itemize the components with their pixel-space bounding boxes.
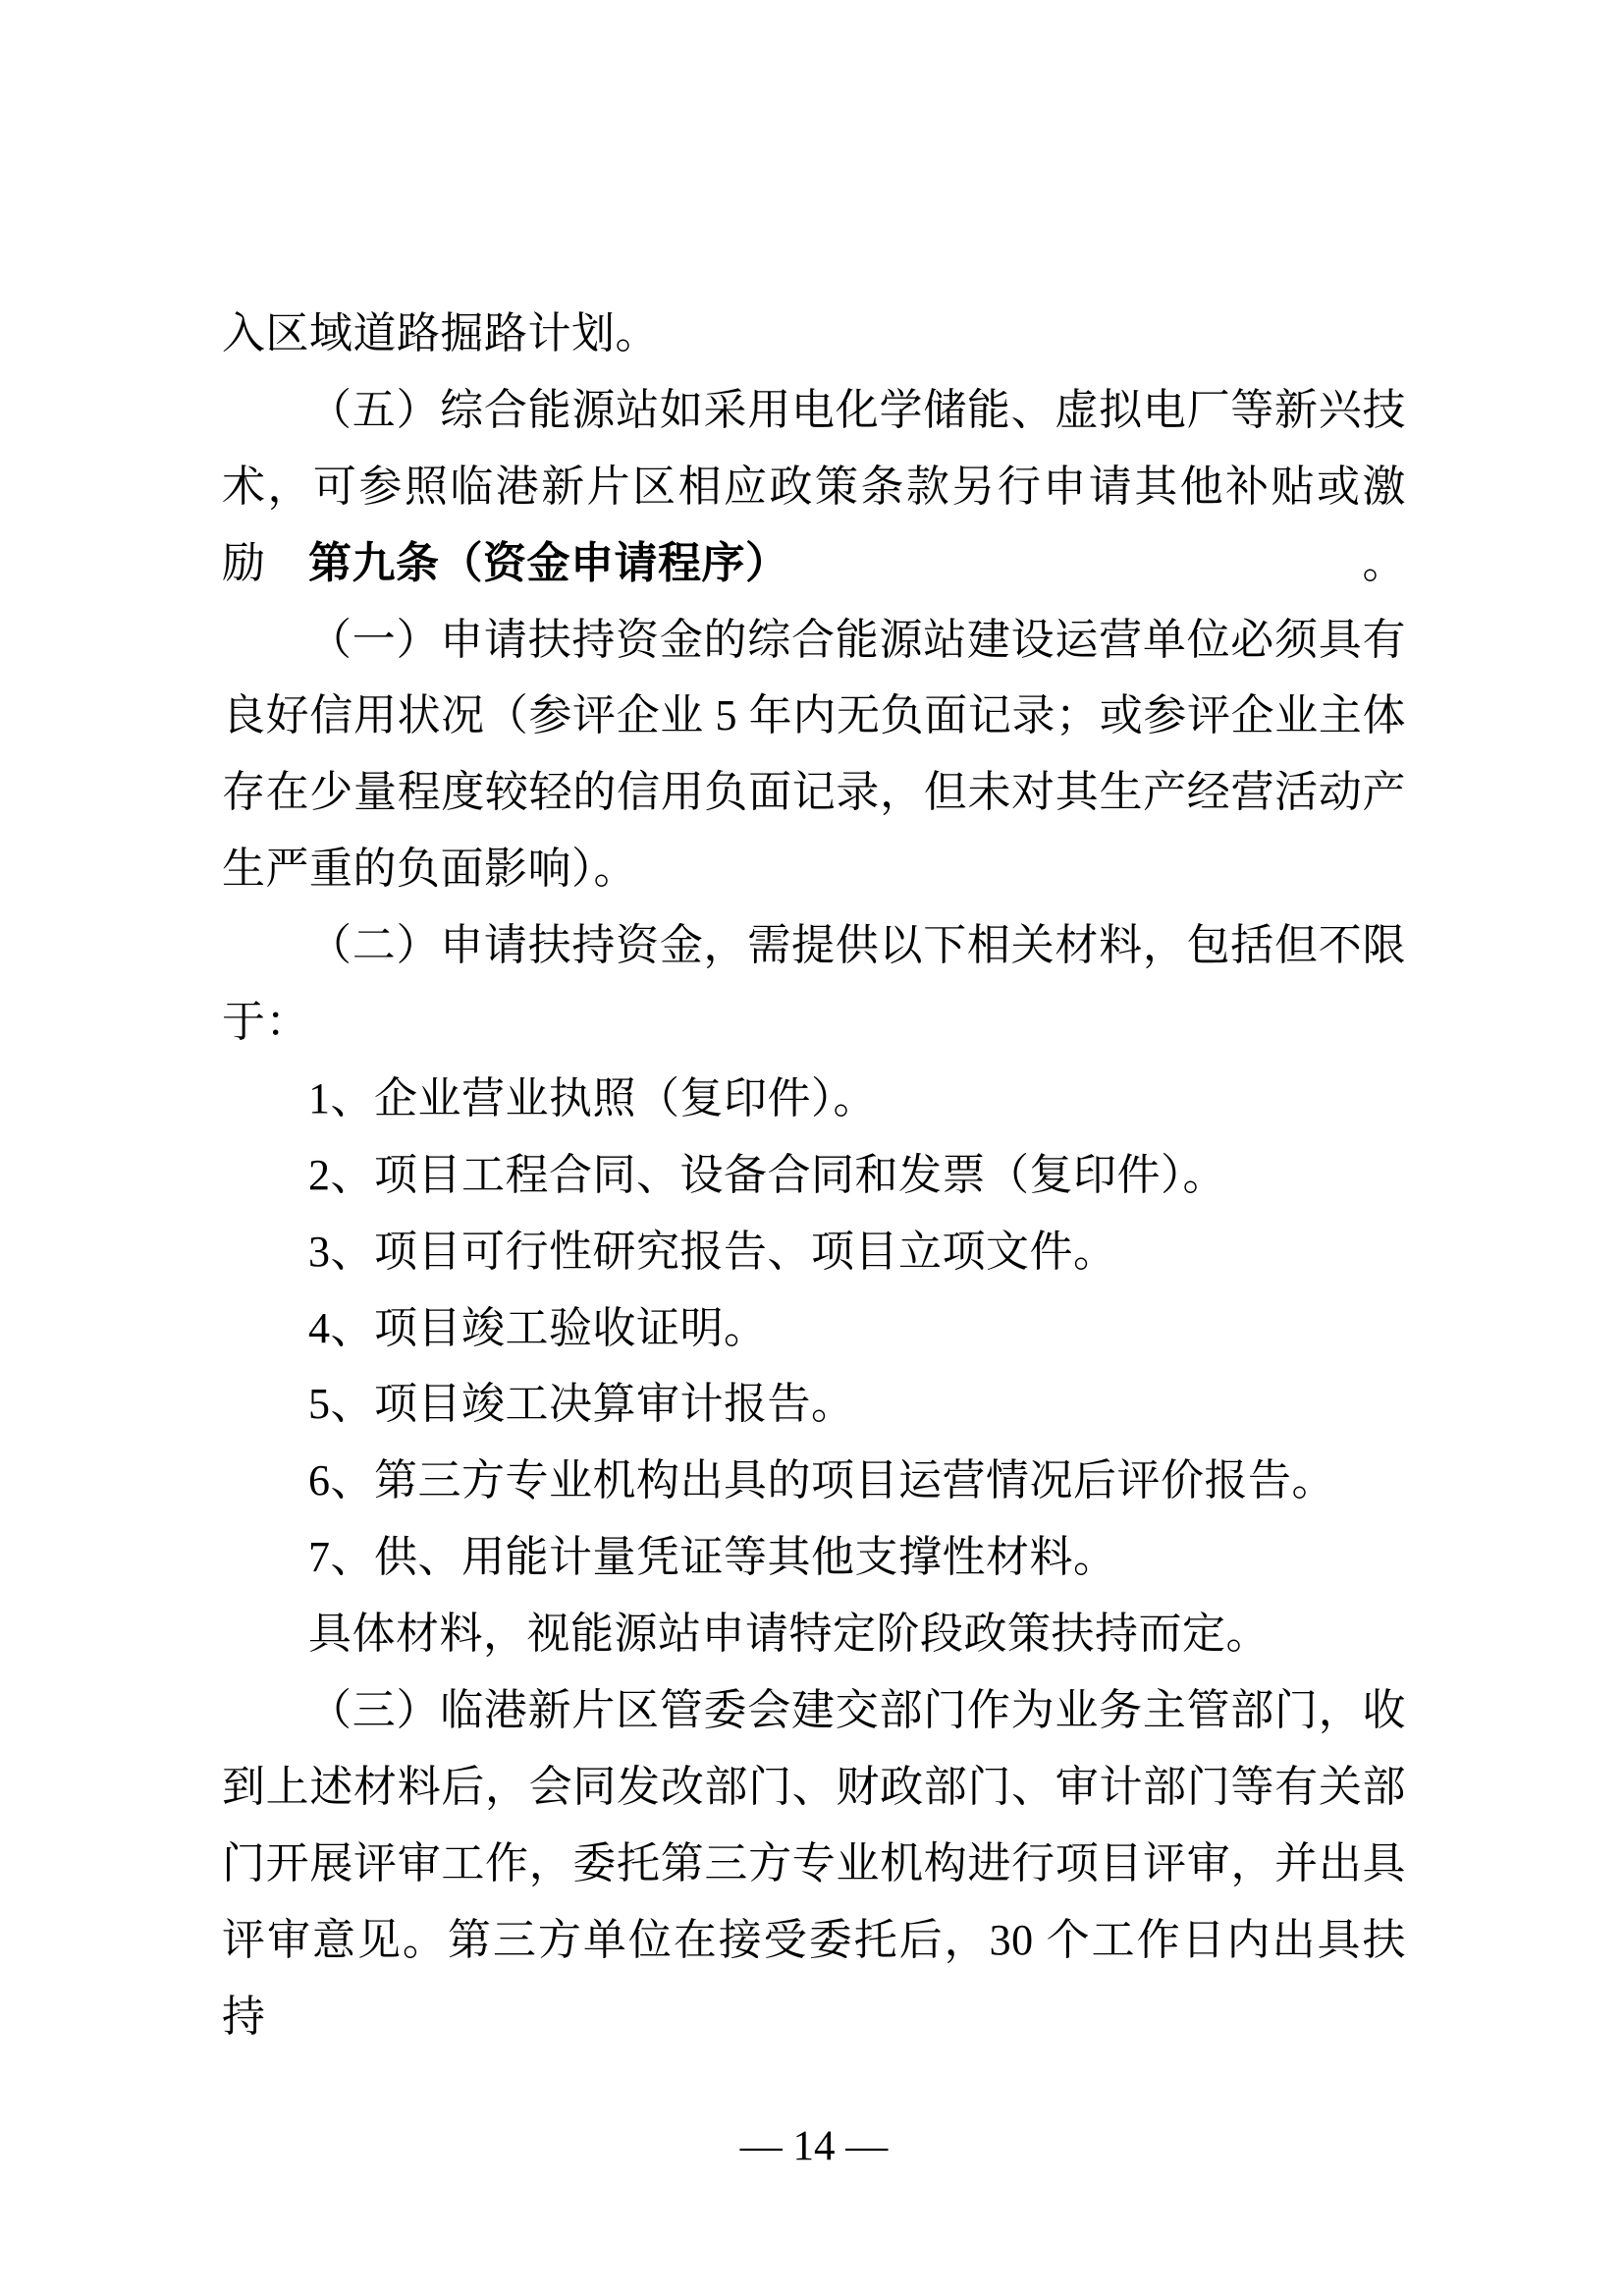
page-number: — 14 — [740, 2123, 889, 2169]
material-item-3: 3、项目可行性研究报告、项目立项文件。 [222, 1214, 1406, 1290]
paragraph-continuation-line: 入区域道路掘路计划。 [222, 296, 1406, 372]
clause-3-line: （三）临港新片区管委会建交部门作为业务主管部门，收 [222, 1672, 1406, 1749]
material-item-1: 1、企业营业执照（复印件）。 [222, 1061, 1406, 1137]
clause-1-line: 生严重的负面影响）。 [222, 831, 1406, 907]
clause-2-line: （二）申请扶持资金，需提供以下相关材料，包括但不限 [222, 907, 1406, 984]
clause-3-line: 评审意见。第三方单位在接受委托后，30 个工作日内出具扶持 [222, 1902, 1406, 1979]
clause-3-line: 到上述材料后，会同发改部门、财政部门、审计部门等有关部 [222, 1749, 1406, 1826]
material-item-2: 2、项目工程合同、设备合同和发票（复印件）。 [222, 1137, 1406, 1214]
document-page: 入区域道路掘路计划。 （五）综合能源站如采用电化学储能、虚拟电厂等新兴技 术，可… [0, 0, 1623, 2296]
material-item-7: 7、供、用能计量凭证等其他支撑性材料。 [222, 1519, 1406, 1596]
material-item-6: 6、第三方专业机构出具的项目运营情况后评价报告。 [222, 1443, 1406, 1519]
document-body: 入区域道路掘路计划。 （五）综合能源站如采用电化学储能、虚拟电厂等新兴技 术，可… [222, 296, 1406, 1979]
clause-5-line: 术，可参照临港新片区相应政策条款另行申请其他补贴或激励。 [222, 449, 1406, 525]
clause-1-line: 良好信用状况（参评企业 5 年内无负面记录；或参评企业主体 [222, 678, 1406, 754]
clause-1-line: （一）申请扶持资金的综合能源站建设运营单位必须具有 [222, 602, 1406, 679]
clause-2-line: 于： [222, 984, 1406, 1061]
clause-5-line: （五）综合能源站如采用电化学储能、虚拟电厂等新兴技 [222, 372, 1406, 449]
materials-note-line: 具体材料，视能源站申请特定阶段政策扶持而定。 [222, 1596, 1406, 1672]
page-footer: — 14 — [222, 2121, 1406, 2172]
material-item-5: 5、项目竣工决算审计报告。 [222, 1366, 1406, 1443]
material-item-4: 4、项目竣工验收证明。 [222, 1290, 1406, 1367]
clause-3-line: 门开展评审工作，委托第三方专业机构进行项目评审，并出具 [222, 1826, 1406, 1902]
clause-1-line: 存在少量程度较轻的信用负面记录，但未对其生产经营活动产 [222, 754, 1406, 831]
